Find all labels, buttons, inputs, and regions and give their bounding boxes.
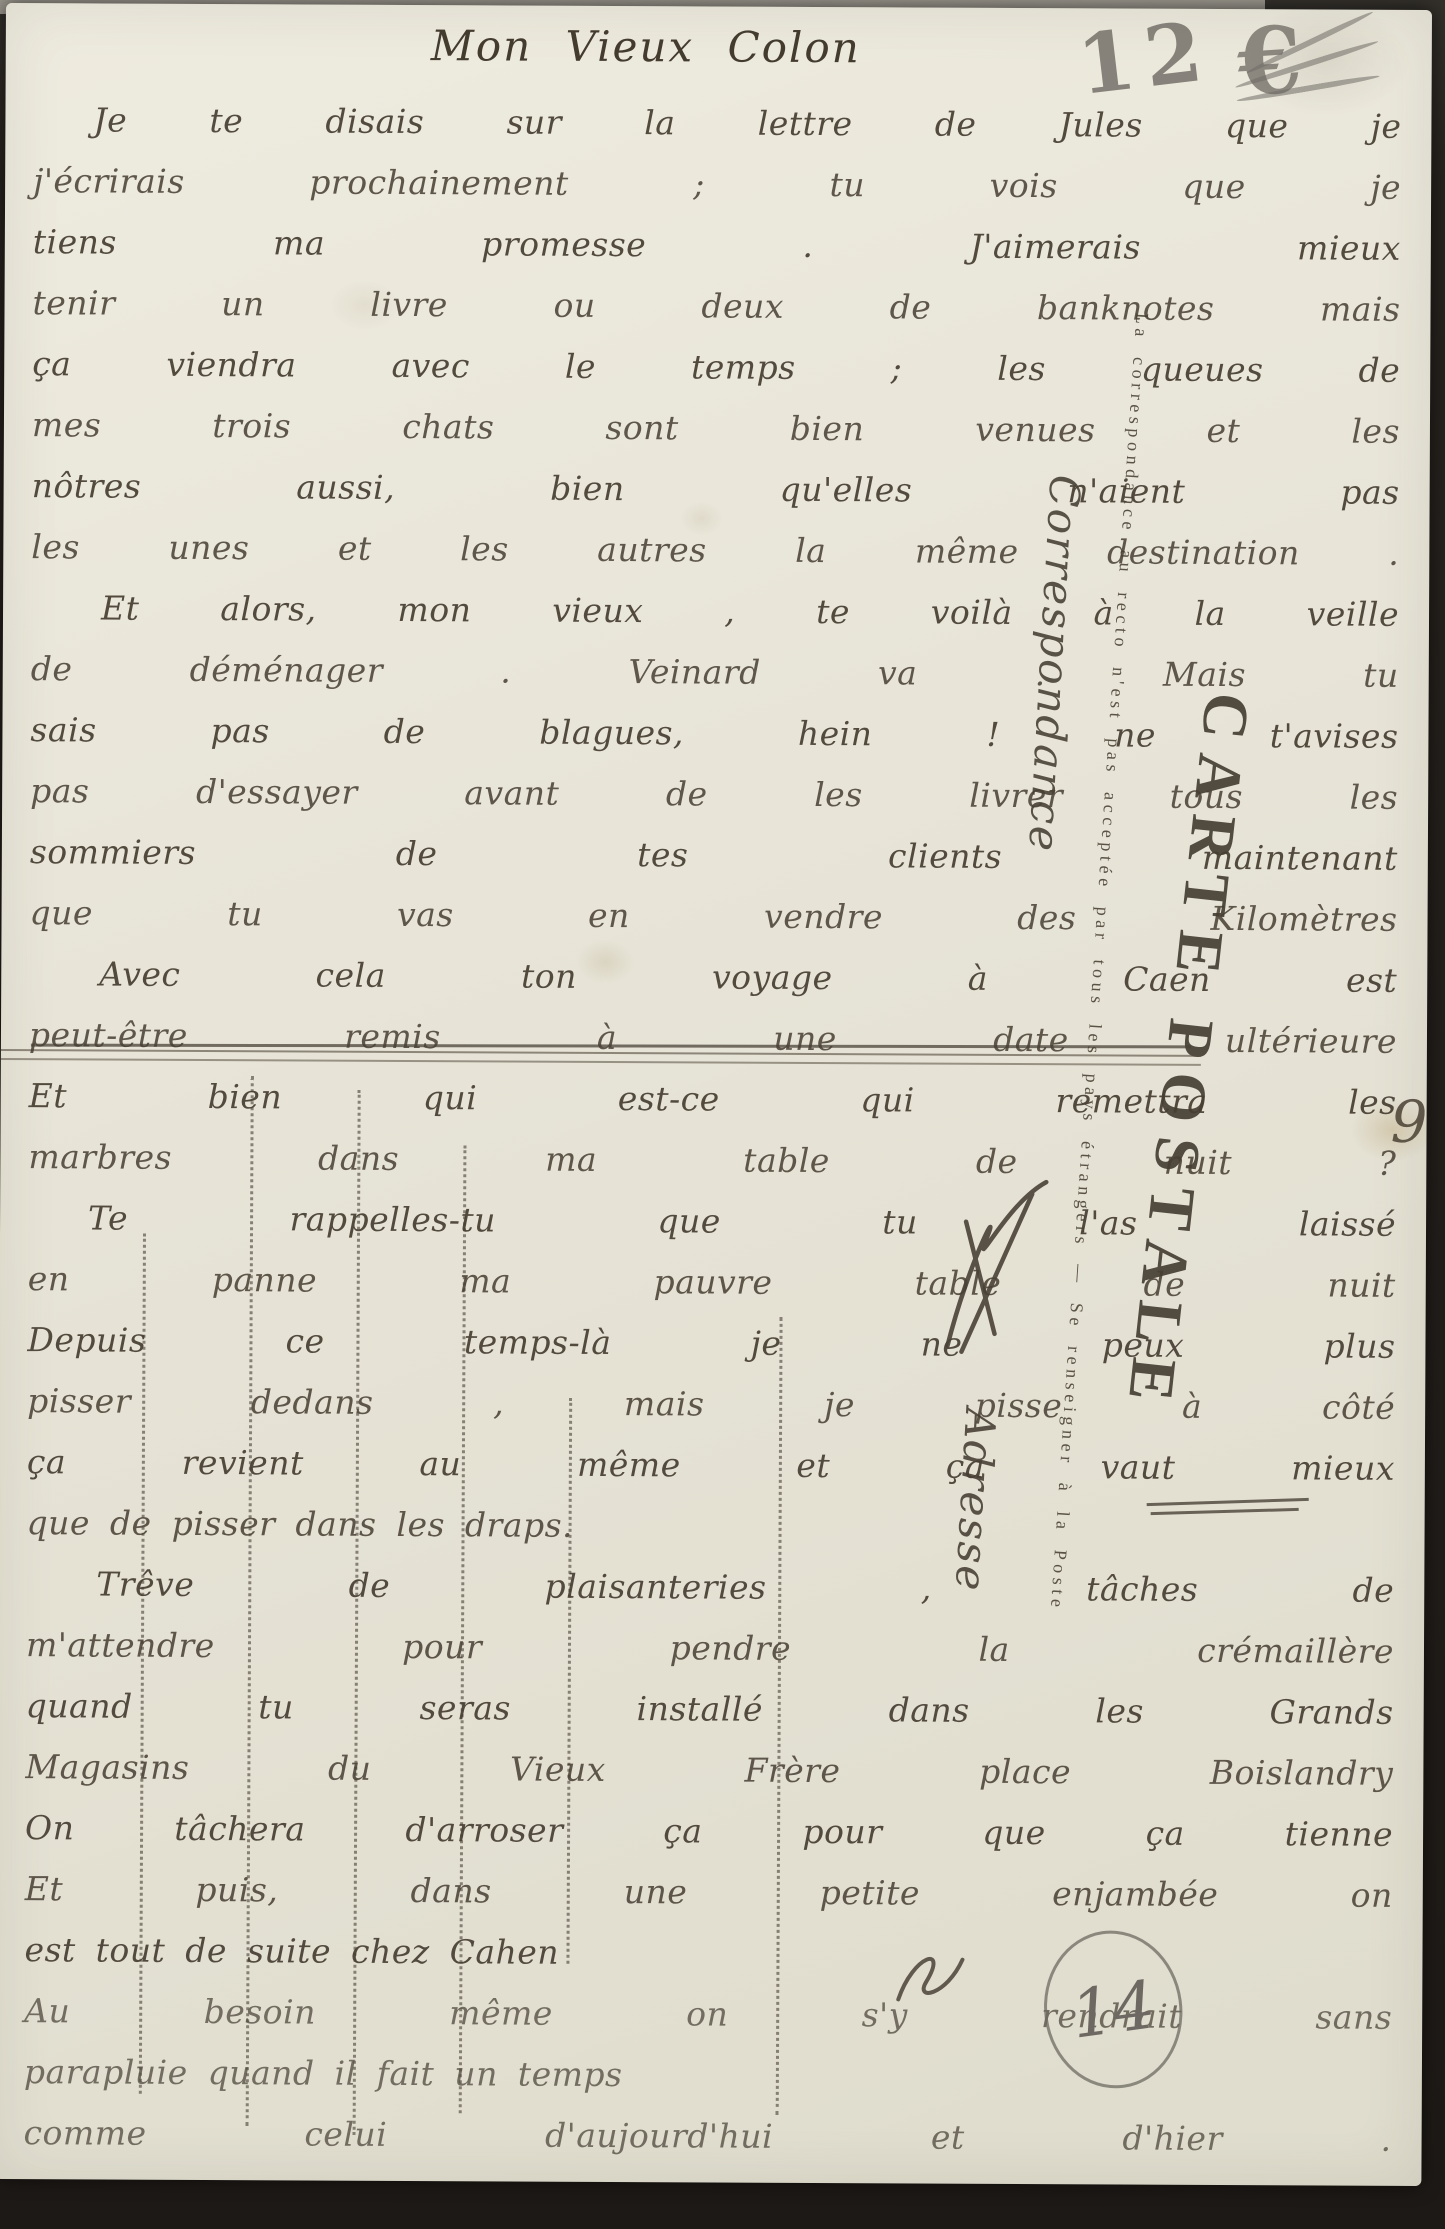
handwriting-line: nôtres aussi, bien qu'elles n'aient pas bbox=[32, 455, 1400, 523]
letter-body: Je te disais sur la lettre de Jules que … bbox=[23, 89, 1401, 2170]
handwriting-line: ça viendra avec le temps ; les queues de bbox=[32, 333, 1400, 401]
handwriting-line: que tu vas en vendre des Kilomètres bbox=[29, 882, 1397, 950]
handwriting-line: ça revient au même et ça vaut mieux bbox=[27, 1431, 1395, 1499]
handwriting-line: Et bien qui est-ce qui remettra les bbox=[29, 1065, 1397, 1133]
handwriting-line: est tout de suite chez Cahen bbox=[24, 1919, 1392, 1987]
handwriting-line: en panne ma pauvre table de nuit bbox=[28, 1248, 1396, 1316]
handwriting-line: tiens ma promesse . J'aimerais mieux bbox=[33, 211, 1401, 279]
handwriting-line: sommiers de tes clients maintenant bbox=[30, 821, 1398, 889]
handwriting-line: parapluie quand il fait un temps bbox=[24, 2041, 1392, 2109]
handwriting-line: Au besoin même on s'y rendrait sans bbox=[24, 1980, 1392, 2048]
handwriting-line: Magasins du Vieux Frère place Boislandry bbox=[25, 1736, 1393, 1804]
postcard: Correspondance La correspondance au rect… bbox=[0, 3, 1432, 2186]
handwriting-line: Trêve de plaisanteries , tâches de bbox=[26, 1553, 1394, 1621]
handwriting-line: Depuis ce temps-là je ne peux plus bbox=[27, 1309, 1395, 1377]
handwriting-line: Avec cela ton voyage à Caen est bbox=[29, 943, 1397, 1011]
handwriting-line: On tâchera d'arroser ça pour que ça tien… bbox=[25, 1797, 1393, 1865]
handwriting-line: les unes et les autres la même destinati… bbox=[31, 516, 1399, 584]
handwriting-line: j'écrirais prochainement ; tu vois que j… bbox=[33, 150, 1401, 218]
handwriting-line: quand tu seras installé dans les Grands bbox=[26, 1675, 1394, 1743]
handwriting-line: pisser dedans , mais je pisse à côté bbox=[27, 1370, 1395, 1438]
handwriting-line: de déménager . Veinard va . Mais tu bbox=[31, 638, 1399, 706]
handwriting-line: sais pas de blagues, hein ! ne t'avises bbox=[30, 699, 1398, 767]
pencil-price-annotation: 12 bbox=[1073, 3, 1217, 114]
handwriting-line: tenir un livre ou deux de banknotes mais bbox=[32, 272, 1400, 340]
handwriting-line: mes trois chats sont bien venues et les bbox=[32, 394, 1400, 462]
circled-number-value: 14 bbox=[1066, 1966, 1160, 2054]
handwriting-line: pas d'essayer avant de les livrer tous l… bbox=[30, 760, 1398, 828]
stray-digit-mark: 9 bbox=[1390, 1088, 1427, 1156]
handwriting-line: Et alors, mon vieux , te voilà à la veil… bbox=[31, 577, 1399, 645]
handwriting-line: que de pisser dans les draps. bbox=[26, 1492, 1394, 1560]
handwriting-line: peut-être remis à une date ultérieure bbox=[29, 1004, 1397, 1072]
handwriting-line: comme celui d'aujourd'hui et d'hier . bbox=[23, 2102, 1391, 2170]
photographed-postcard-scene: Correspondance La correspondance au rect… bbox=[0, 0, 1445, 2229]
handwriting-line: Et puis, dans une petite enjambée on bbox=[25, 1858, 1393, 1926]
letter-salutation: Mon Vieux Colon bbox=[306, 20, 986, 72]
handwriting-line: m'attendre pour pendre la crémaillère bbox=[26, 1614, 1394, 1682]
handwriting-line: marbres dans ma table de nuit ? bbox=[28, 1126, 1396, 1194]
handwriting-line: Te rappelles-tu que tu l'as laissé bbox=[28, 1187, 1396, 1255]
